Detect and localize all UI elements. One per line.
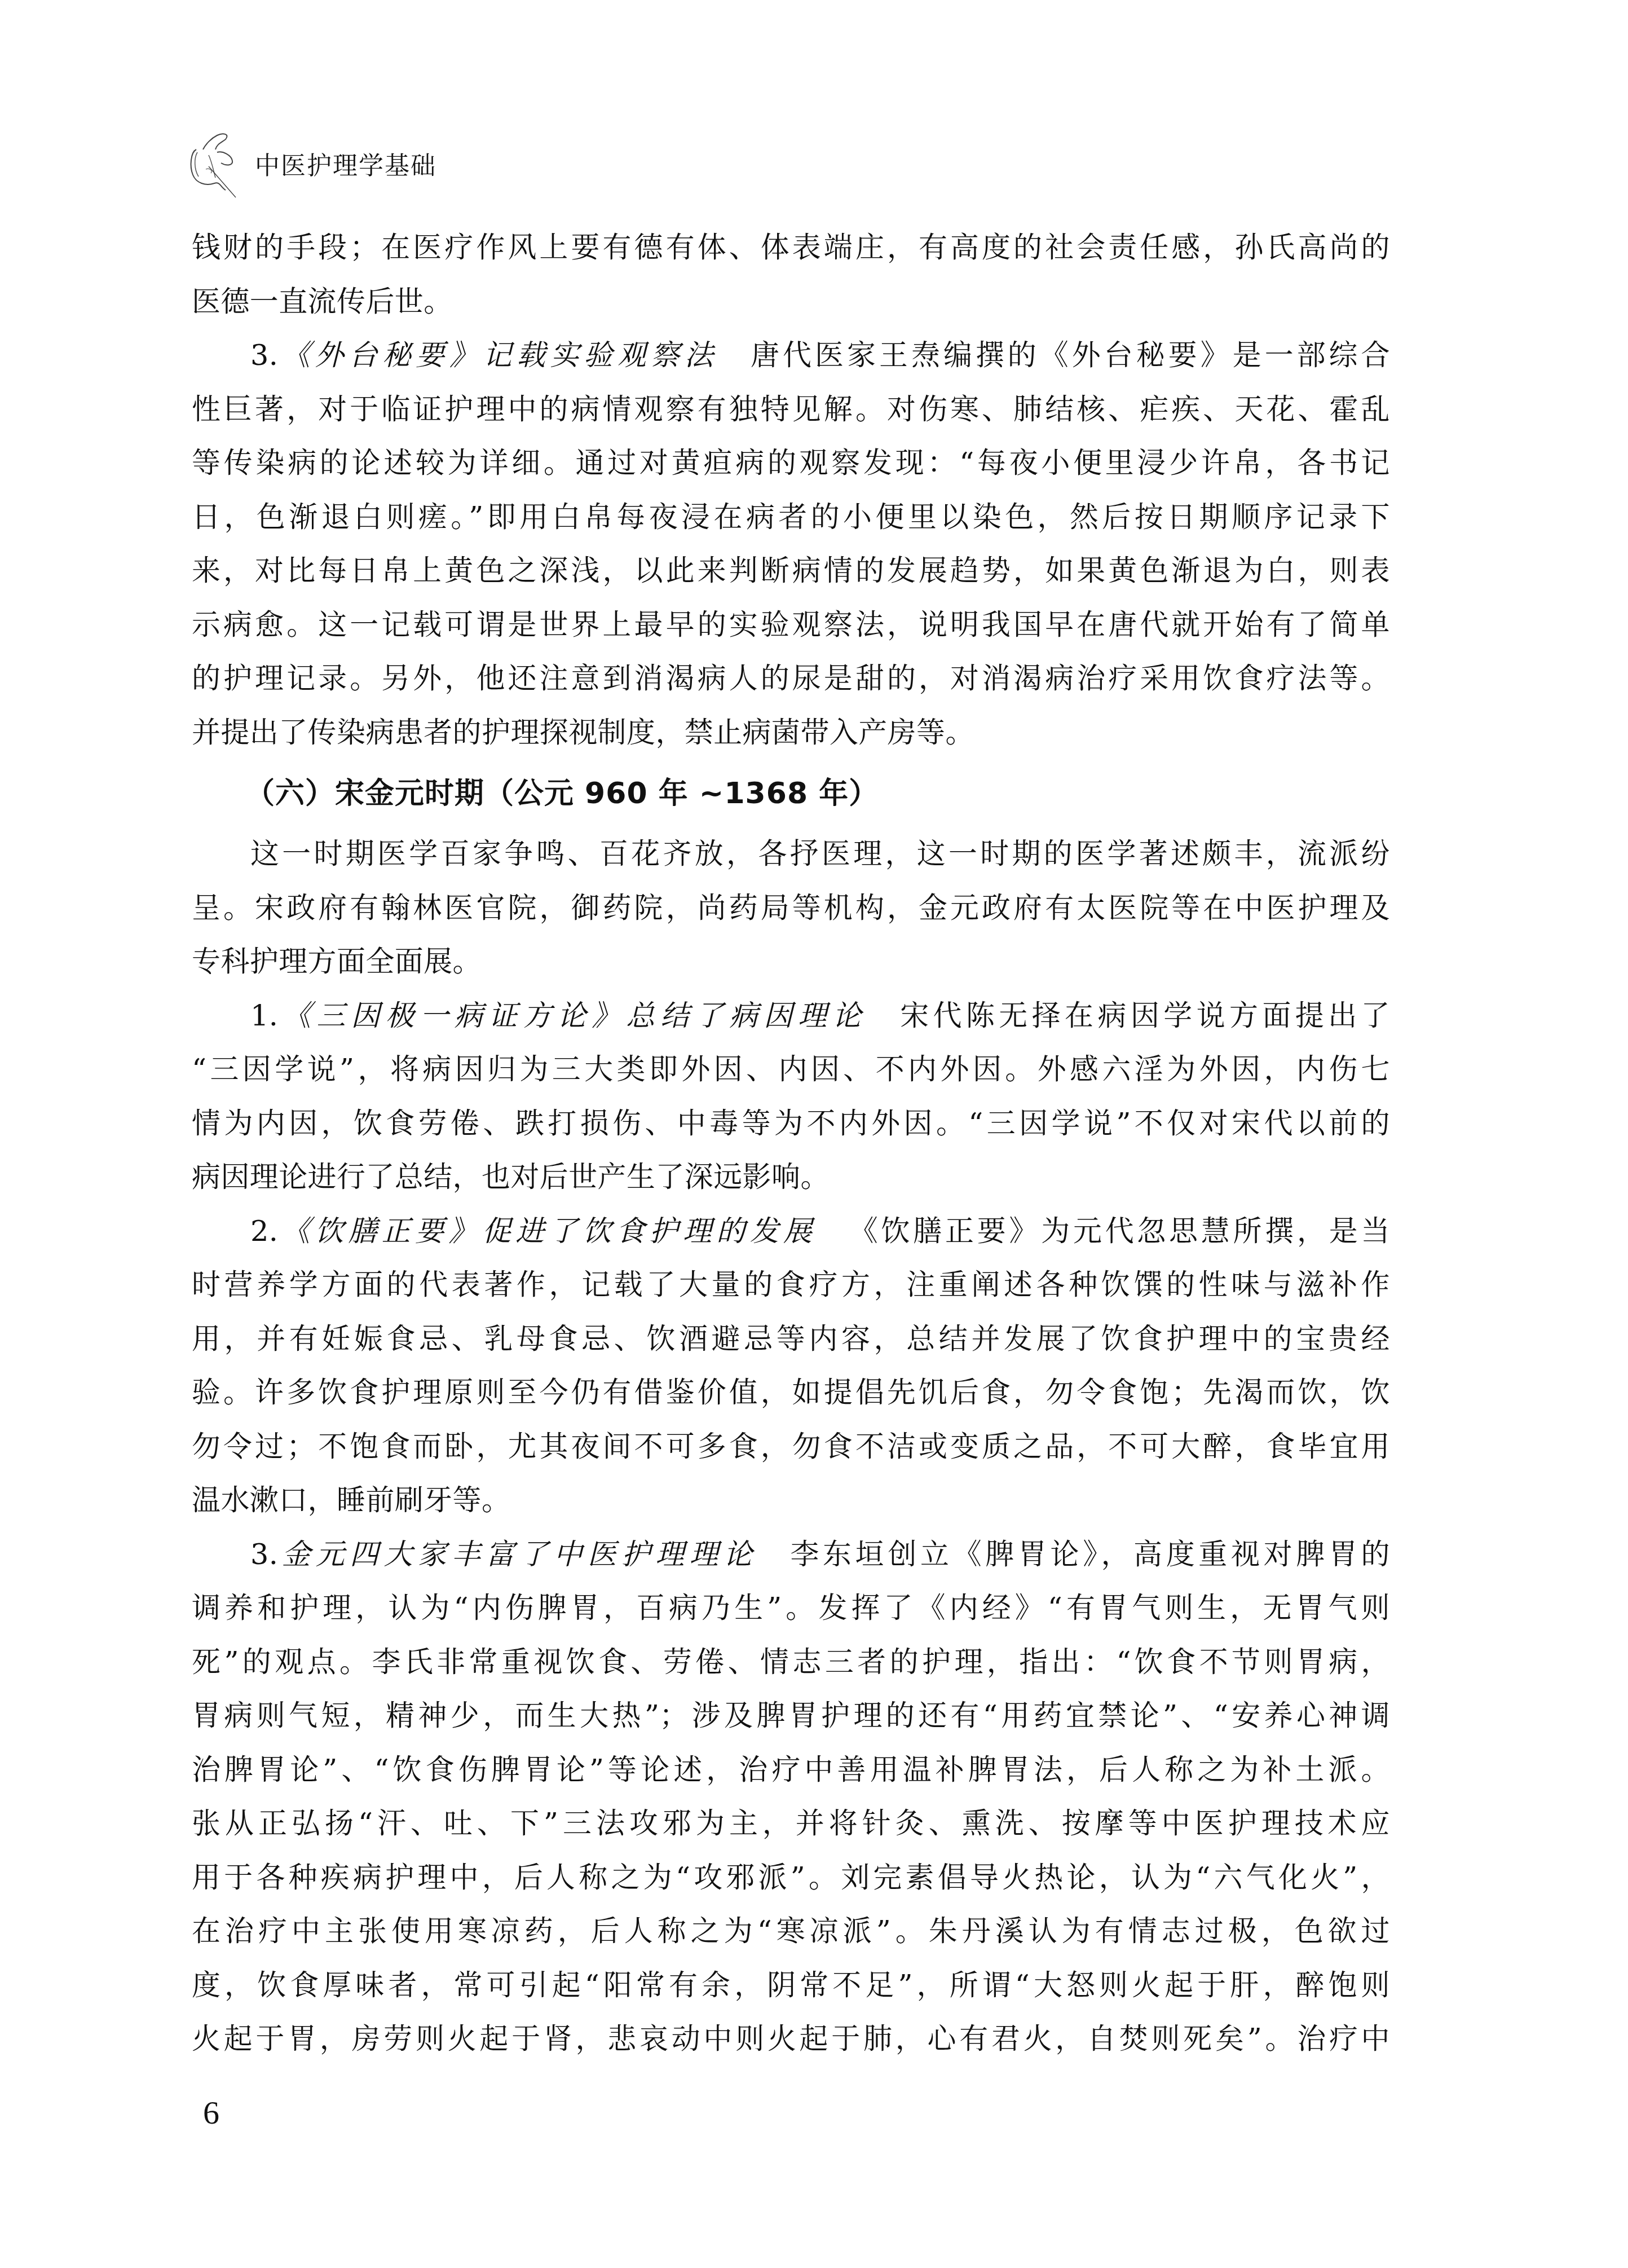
item-text: 唐代医家王焘编撰的《外台秘要》是一部综合 (748, 339, 1390, 372)
item-text: 李东垣创立《脾胃论》，高度重视对脾胃的 (787, 1538, 1390, 1571)
numbered-item-first-line: 2.《饮膳正要》促进了饮食护理的发展《饮膳正要》为元代忽思慧所撰，是当 (192, 1205, 1390, 1259)
paragraph-line: 这一时期医学百家争鸣、百花齐放，各抒医理，这一时期的医学著述颇丰，流派纷 (192, 827, 1390, 882)
running-header: 中医护理学基础 (186, 121, 436, 206)
paragraph-line: 胃病则气短，精神少，而生大热”；涉及脾胃护理的还有“用药宜禁论”、“安养心神调 (192, 1689, 1390, 1743)
numbered-item-first-line: 1.《三因极一病证方论》总结了病因理论宋代陈无择在病因学说方面提出了 (192, 989, 1390, 1043)
page-number: 6 (203, 2094, 219, 2132)
paragraph-line: 调养和护理，认为“内伤脾胃，百病乃生”。发挥了《内经》“有胃气则生，无胃气则 (192, 1582, 1390, 1636)
paragraph-line: 钱财的手段；在医疗作风上要有德有体、体表端庄，有高度的社会责任感，孙氏高尚的 (192, 221, 1390, 275)
acupuncture-hand-logo-icon (186, 127, 242, 200)
item-number: 3. (250, 339, 278, 372)
paragraph-line: 医德一直流传后世。 (192, 275, 1390, 329)
numbered-item-first-line: 3.《外台秘要》记载实验观察法唐代医家王焘编撰的《外台秘要》是一部综合 (192, 329, 1390, 383)
section-heading: （六）宋金元时期（公元 960 年 ~1368 年） (192, 760, 1390, 827)
item-lead-title: 《饮膳正要》促进了饮食护理的发展 (278, 1215, 817, 1248)
paragraph-line: 用，并有妊娠食忌、乳母食忌、饮酒避忌等内容，总结并发展了饮食护理中的宝贵经 (192, 1313, 1390, 1367)
paragraph-line: 示病愈。这一记载可谓是世界上最早的实验观察法，说明我国早在唐代就开始有了简单 (192, 598, 1390, 653)
paragraph-line: 时营养学方面的代表著作，记载了大量的食疗方，注重阐述各种饮馔的性味与滋补作 (192, 1258, 1390, 1313)
item-lead-title: 《外台秘要》记载实验观察法 (278, 339, 718, 372)
paragraph-line: 日，色渐退白则瘥。”即用白帛每夜浸在病者的小便里以染色，然后按日期顺序记录下 (192, 491, 1390, 545)
running-header-title: 中医护理学基础 (255, 146, 436, 182)
paragraph-line: 度，饮食厚味者，常可引起“阳常有余，阴常不足”，所谓“大怒则火起于肝，醉饱则 (192, 1959, 1390, 2013)
item-text: 《饮膳正要》为元代忽思慧所撰，是当 (846, 1215, 1390, 1248)
paragraph-line: 验。许多饮食护理原则至今仍有借鉴价值，如提倡先饥后食，勿令食饱；先渴而饮，饮 (192, 1366, 1390, 1420)
paragraph-line: 张从正弘扬“汗、吐、下”三法攻邪为主，并将针灸、熏洗、按摩等中医护理技术应 (192, 1797, 1390, 1851)
paragraph-line: 死”的观点。李氏非常重视饮食、劳倦、情志三者的护理，指出：“饮食不节则胃病， (192, 1636, 1390, 1690)
paragraph-line: “三因学说”，将病因归为三大类即外因、内因、不内外因。外感六淫为外因，内伤七 (192, 1043, 1390, 1097)
paragraph-line: 并提出了传染病患者的护理探视制度，禁止病菌带入产房等。 (192, 706, 1390, 760)
paragraph-line: 专科护理方面全面展。 (192, 935, 1390, 989)
numbered-item-first-line: 3.金元四大家丰富了中医护理理论李东垣创立《脾胃论》，高度重视对脾胃的 (192, 1528, 1390, 1582)
item-number: 3. (250, 1538, 278, 1571)
item-number: 2. (250, 1215, 278, 1248)
paragraph-line: 的护理记录。另外，他还注意到消渴病人的尿是甜的，对消渴病治疗采用饮食疗法等。 (192, 652, 1390, 706)
paragraph-line: 治脾胃论”、“饮食伤脾胃论”等论述，治疗中善用温补脾胃法，后人称之为补土派。 (192, 1743, 1390, 1798)
item-lead-title: 金元四大家丰富了中医护理理论 (278, 1538, 757, 1571)
item-lead-title: 《三因极一病证方论》总结了病因理论 (278, 999, 867, 1033)
paragraph-line: 呈。宋政府有翰林医官院，御药院，尚药局等机构，金元政府有太医院等在中医护理及 (192, 882, 1390, 936)
book-page: 中医护理学基础 钱财的手段；在医疗作风上要有德有体、体表端庄，有高度的社会责任感… (0, 0, 1628, 2268)
paragraph-line: 用于各种疾病护理中，后人称之为“攻邪派”。刘完素倡导火热论，认为“六气化火”， (192, 1851, 1390, 1905)
body-text: 钱财的手段；在医疗作风上要有德有体、体表端庄，有高度的社会责任感，孙氏高尚的 医… (192, 221, 1390, 2067)
paragraph-line: 来，对比每日帛上黄色之深浅，以此来判断病情的发展趋势，如果黄色渐退为白，则表 (192, 544, 1390, 598)
paragraph-line: 等传染病的论述较为详细。通过对黄疸病的观察发现：“每夜小便里浸少许帛，各书记 (192, 437, 1390, 491)
paragraph-line: 病因理论进行了总结，也对后世产生了深远影响。 (192, 1151, 1390, 1205)
paragraph-line: 火起于胃，房劳则火起于肾，悲哀动中则火起于肺，心有君火，自焚则死矣”。治疗中 (192, 2012, 1390, 2067)
paragraph-line: 在治疗中主张使用寒凉药，后人称之为“寒凉派”。朱丹溪认为有情志过极，色欲过 (192, 1905, 1390, 1959)
paragraph-line: 勿令过；不饱食而卧，尤其夜间不可多食，勿食不洁或变质之品，不可大醉，食毕宜用 (192, 1420, 1390, 1474)
item-number: 1. (250, 999, 278, 1033)
paragraph-line: 性巨著，对于临证护理中的病情观察有独特见解。对伤寒、肺结核、疟疾、天花、霍乱 (192, 383, 1390, 437)
item-text: 宋代陈无择在病因学说方面提出了 (896, 999, 1390, 1033)
paragraph-line: 情为内因，饮食劳倦、跌打损伤、中毒等为不内外因。“三因学说”不仅对宋代以前的 (192, 1097, 1390, 1151)
paragraph-line: 温水漱口，睡前刷牙等。 (192, 1474, 1390, 1528)
